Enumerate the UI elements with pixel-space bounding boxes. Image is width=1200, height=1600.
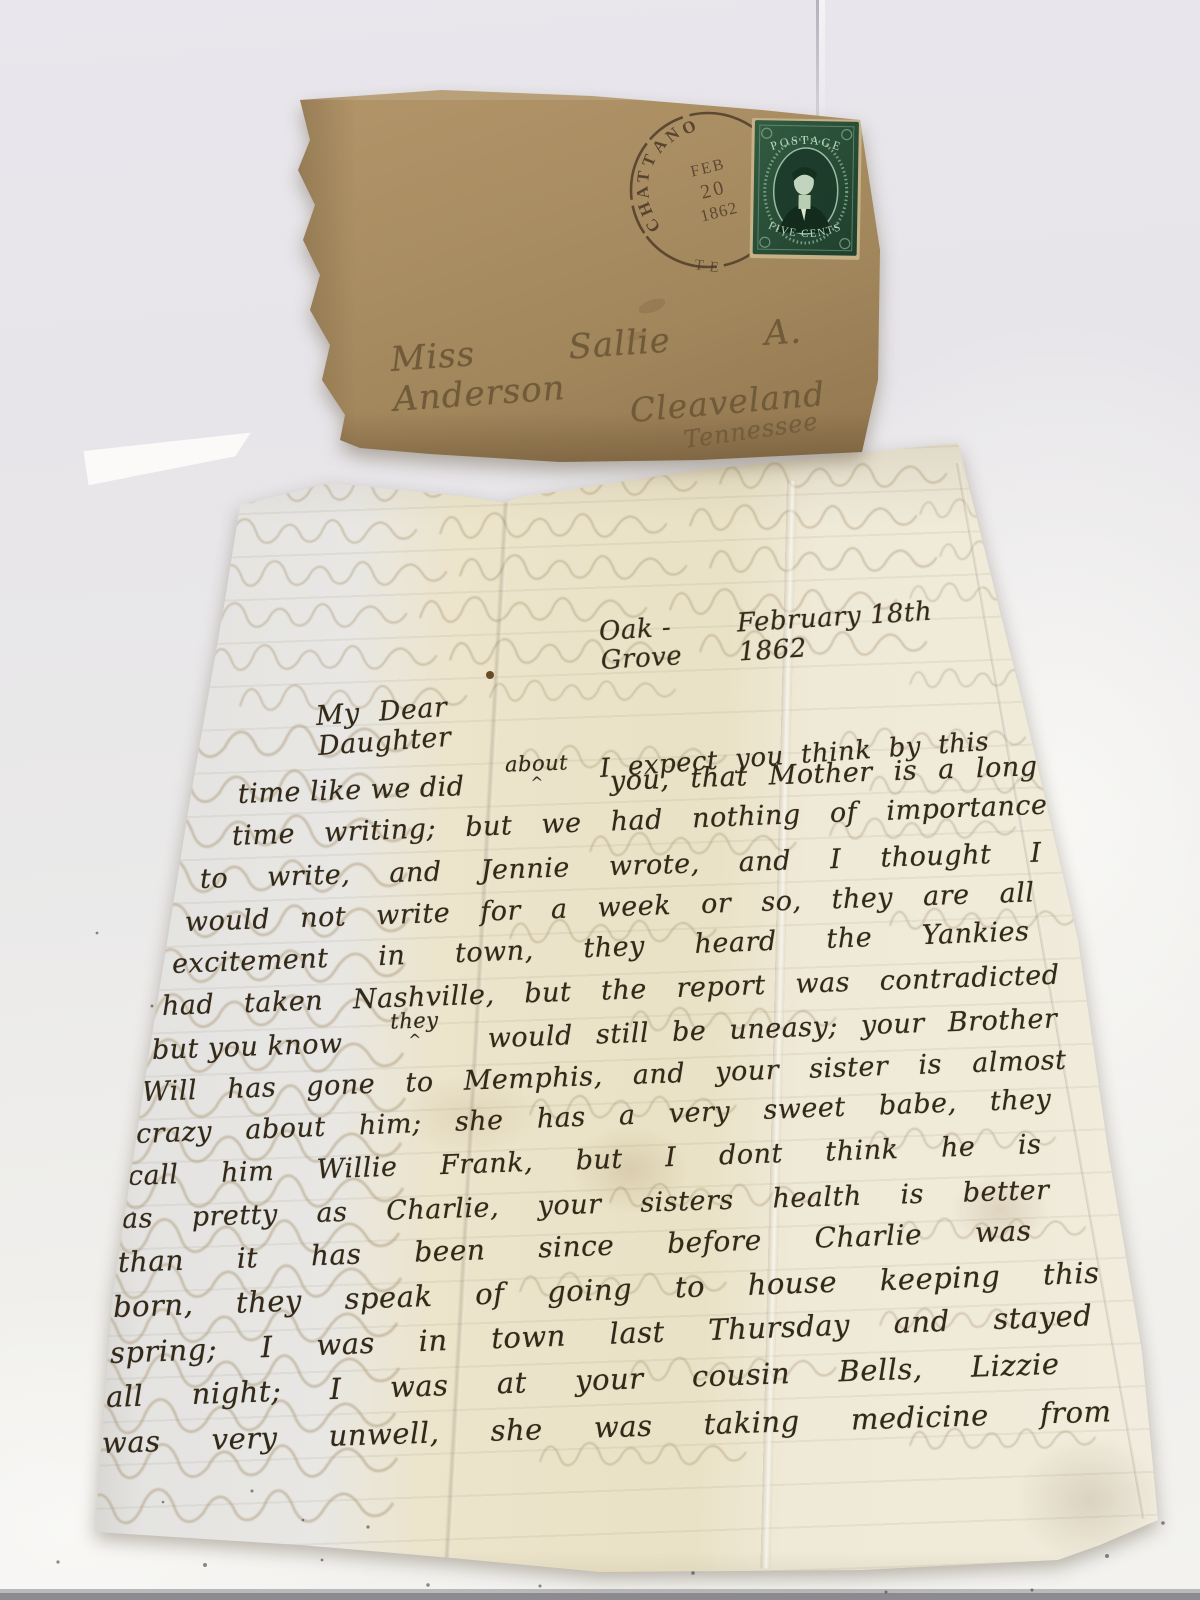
postmark-letter: T xyxy=(633,169,653,183)
line-pre: but you know xyxy=(151,1029,343,1065)
inserted-word: about ^ xyxy=(505,753,569,788)
caret-mark: ^ xyxy=(408,1033,422,1047)
line-pre: time like we did xyxy=(237,772,465,810)
envelope-paper: C H A T T A N O FEB 20 1862 TE xyxy=(292,88,885,464)
caret-mark: ^ xyxy=(530,776,544,790)
postage-stamp-icon: POSTAGE FIVE CENTS xyxy=(750,118,862,260)
postmark-letter: T xyxy=(638,151,660,169)
ink-smudge xyxy=(637,296,667,317)
postmark-letter: H xyxy=(634,199,657,219)
letter-sheet: Oak - Grove February 18th 1862 My Dear D… xyxy=(70,435,1170,1585)
envelope: C H A T T A N O FEB 20 1862 TE xyxy=(292,88,885,464)
postmark-letter: A xyxy=(632,185,653,201)
postmark-letter: C xyxy=(642,215,665,236)
letter-paper: Oak - Grove February 18th 1862 My Dear D… xyxy=(70,435,1170,1585)
paper-hole xyxy=(486,671,494,679)
inserted-word: they ^ xyxy=(390,1011,439,1045)
letter-heading-place: Oak - Grove xyxy=(598,610,739,676)
postmark-letter: O xyxy=(679,116,699,139)
postmark-day: 20 xyxy=(698,176,729,204)
photo-bottom-edge xyxy=(0,1593,1200,1600)
postmark-state: TE xyxy=(693,257,725,277)
paper-stain xyxy=(1015,1435,1165,1565)
